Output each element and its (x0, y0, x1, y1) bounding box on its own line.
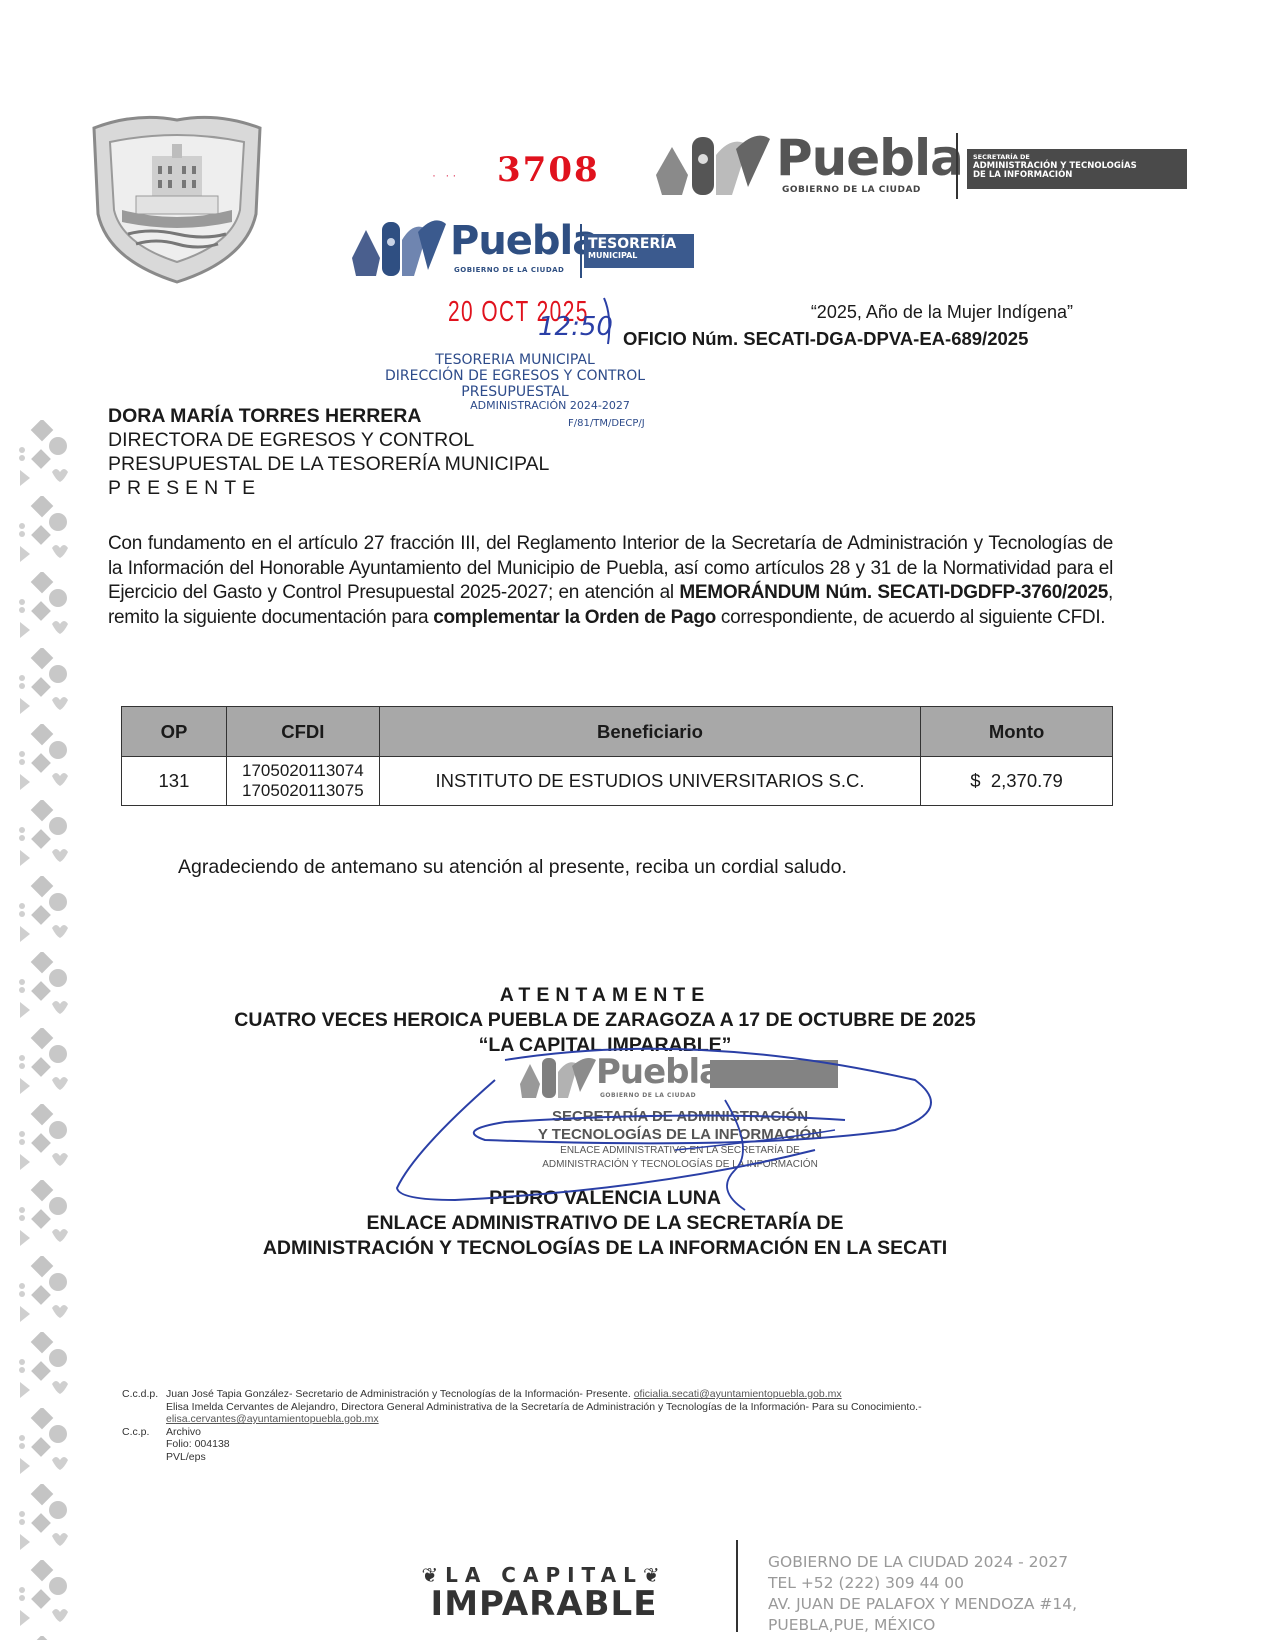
column-header-op: OP (122, 707, 227, 757)
tesoreria-logo-stamp: Puebla GOBIERNO DE LA CIUDAD TESORERÍA M… (350, 212, 700, 280)
payment-order-table: OP CFDI Beneficiario Monto 131 170502011… (121, 706, 1113, 806)
footer-contact-info: GOBIERNO DE LA CIUDAD 2024 - 2027 TEL +5… (768, 1552, 1077, 1636)
footer-government: GOBIERNO DE LA CIUDAD 2024 - 2027 (768, 1552, 1077, 1573)
stamp-marks: · ·· (432, 168, 459, 182)
ccdp-email-1[interactable]: oficialia.secati@ayuntamientopuebla.gob.… (634, 1388, 842, 1400)
logo-divider (580, 224, 582, 278)
signature-header: ATENTAMENTE CUATRO VECES HEROICA PUEBLA … (120, 983, 1090, 1058)
handwritten-mark (600, 296, 620, 346)
puebla-wordmark: Puebla (450, 218, 598, 264)
tesoreria-box-line2: MUNICIPAL (588, 251, 690, 260)
cell-cfdi: 1705020113074 1705020113075 (226, 757, 379, 806)
secati-official-seal: SECRETARÍA DE ADMINISTRACIÓN Y TECNOLOGÍ… (470, 1108, 890, 1172)
footer-brand-line2: IMPARABLE (404, 1587, 684, 1621)
secati-logo: Puebla GOBIERNO DE LA CIUDAD SECRETARÍA … (652, 125, 1192, 205)
ccdp-recipient-2: Elisa Imelda Cervantes de Alejandro, Dir… (122, 1401, 922, 1414)
logo-subtitle: GOBIERNO DE LA CIUDAD (454, 266, 564, 274)
secati-box-line3: DE LA INFORMACIÓN (973, 171, 1181, 180)
memo-reference: MEMORÁNDUM Núm. SECATI-DGDFP-3760/2025 (679, 582, 1108, 603)
logo-subtitle: GOBIERNO DE LA CIUDAD (600, 1092, 696, 1099)
reception-stamp-line2: DIRECCIÓN DE EGRESOS Y CONTROL (370, 368, 660, 384)
column-header-cfdi: CFDI (226, 707, 379, 757)
seal-line2: Y TECNOLOGÍAS DE LA INFORMACIÓN (470, 1126, 890, 1144)
column-header-beneficiario: Beneficiario (379, 707, 920, 757)
presente-label: PRESENTE (108, 476, 549, 500)
folio-number-stamp: 3708 (497, 150, 600, 190)
cell-monto: $ 2,370.79 (921, 757, 1113, 806)
cell-op: 131 (122, 757, 227, 806)
ccdp-recipient-1: Juan José Tapia González- Secretario de … (166, 1388, 631, 1400)
footer-address: AV. JUAN DE PALAFOX Y MENDOZA #14, (768, 1594, 1077, 1615)
complement-phrase: complementar la Orden de Pago (433, 607, 716, 628)
reception-stamp-line1: TESORERIA MUNICIPAL (370, 352, 660, 368)
signer-block: PEDRO VALENCIA LUNA ENLACE ADMINISTRATIV… (120, 1186, 1090, 1261)
footer-phone: TEL +52 (222) 309 44 00 (768, 1573, 1077, 1594)
reception-stamp-line3: PRESUPUESTAL (370, 384, 660, 400)
place-date: CUATRO VECES HEROICA PUEBLA DE ZARAGOZA … (120, 1008, 1090, 1033)
footer-divider (736, 1540, 738, 1632)
ccp-label: C.c.p. (122, 1426, 166, 1439)
column-header-monto: Monto (921, 707, 1113, 757)
ccp-initials: PVL/eps (122, 1451, 922, 1464)
addressee-block: DORA MARÍA TORRES HERRERA DIRECTORA DE E… (108, 404, 549, 500)
logo-divider (956, 133, 958, 199)
coat-of-arms-logo (86, 110, 268, 284)
cfdi-uuid-1: 1705020113074 (228, 761, 378, 781)
addressee-name: DORA MARÍA TORRES HERRERA (108, 404, 549, 428)
ccdp-email-2[interactable]: elisa.cervantes@ayuntamientopuebla.gob.m… (166, 1413, 379, 1425)
signer-title-line1: ENLACE ADMINISTRATIVO DE LA SECRETARÍA D… (120, 1211, 1090, 1236)
puebla-landmarks-icon (652, 125, 772, 197)
signer-name: PEDRO VALENCIA LUNA (120, 1186, 1090, 1211)
table-header-row: OP CFDI Beneficiario Monto (122, 707, 1113, 757)
atentamente-label: ATENTAMENTE (120, 983, 1090, 1008)
cfdi-uuid-2: 1705020113075 (228, 781, 378, 801)
tesoreria-box-line1: TESORERÍA (588, 237, 690, 251)
seal-line3: ENLACE ADMINISTRATIVO EN LA SECRETARÍA D… (470, 1144, 890, 1158)
logo-subtitle: GOBIERNO DE LA CIUDAD (782, 185, 921, 195)
secati-seal-logo: Puebla GOBIERNO DE LA CIUDAD (518, 1052, 848, 1102)
ccp-archivo: Archivo (166, 1426, 201, 1438)
closing-sentence: Agradeciendo de antemano su atención al … (178, 856, 847, 879)
puebla-landmarks-icon (518, 1052, 598, 1098)
puebla-wordmark: Puebla (776, 129, 963, 187)
year-legend: “2025, Año de la Mujer Indígena” (811, 302, 1073, 323)
seal-line4: ADMINISTRACIÓN Y TECNOLOGÍAS DE LA INFOR… (470, 1158, 890, 1172)
tesoreria-name-box: TESORERÍA MUNICIPAL (584, 234, 694, 268)
cell-beneficiario: INSTITUTO DE ESTUDIOS UNIVERSITARIOS S.C… (379, 757, 920, 806)
decorative-border-pattern (14, 420, 70, 1640)
oficio-number: OFICIO Núm. SECATI-DGA-DPVA-EA-689/2025 (623, 328, 1028, 350)
body-paragraph: Con fundamento en el artículo 27 fracció… (108, 532, 1113, 630)
secati-name-box: SECRETARÍA DE ADMINISTRACIÓN Y TECNOLOGÍ… (967, 149, 1187, 189)
addressee-title-line1: DIRECTORA DE EGRESOS Y CONTROL (108, 428, 549, 452)
la-capital-imparable-logo: ❦LA CAPITAL❦ IMPARABLE (404, 1563, 684, 1621)
reception-stamp-code: F/81/TM/DECP/J (568, 418, 645, 430)
addressee-title-line2: PRESUPUESTAL DE LA TESORERÍA MUNICIPAL (108, 452, 549, 476)
puebla-landmarks-icon (350, 212, 446, 278)
ccdp-label: C.c.d.p. (122, 1388, 166, 1401)
ccp-folio: Folio: 004138 (122, 1438, 922, 1451)
seal-name-box (710, 1060, 838, 1088)
footer-city: PUEBLA,PUE, MÉXICO (768, 1615, 1077, 1636)
tesoreria-reception-stamp: TESORERIA MUNICIPAL DIRECCIÓN DE EGRESOS… (370, 352, 660, 412)
table-row: 131 1705020113074 1705020113075 INSTITUT… (122, 757, 1113, 806)
body-text-part3: correspondiente, de acuerdo al siguiente… (716, 607, 1105, 628)
signer-title-line2: ADMINISTRACIÓN Y TECNOLOGÍAS DE LA INFOR… (120, 1236, 1090, 1261)
carbon-copy-block: C.c.d.p.Juan José Tapia González- Secret… (122, 1388, 922, 1463)
seal-line1: SECRETARÍA DE ADMINISTRACIÓN (470, 1108, 890, 1126)
puebla-wordmark: Puebla (596, 1052, 721, 1092)
